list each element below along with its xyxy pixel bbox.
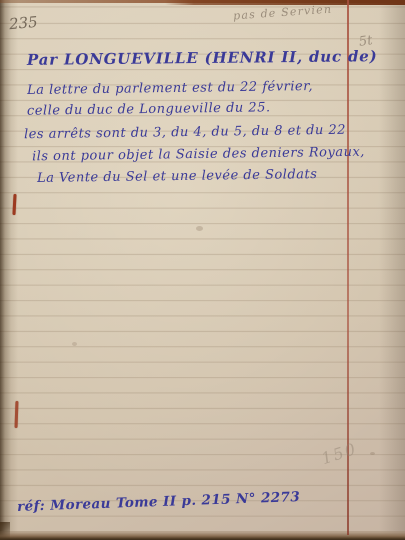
body-line-5: La Vente du Sel et une levée de Soldats [37,167,318,186]
top-edge-border-right [165,0,405,5]
paper-smudge [370,452,375,455]
body-line-1: La lettre du parlement est du 22 février… [27,79,313,98]
body-line-2: celle du duc de Longueville du 25. [27,100,271,118]
bottom-left-corner-shadow [0,522,10,540]
card-heading: Par LONGUEVILLE (HENRI II, duc de) [27,47,378,69]
reference-line: réf: Moreau Tome II p. 215 N° 2273 [17,489,301,515]
paper-smudge [196,226,203,231]
bottom-edge-border [0,531,405,540]
handwritten-catalog-card: 235 pas de Servien 5t 150 Par LONGUEVILL… [0,0,405,540]
pencil-note-top-right: pas de Servien [233,3,333,23]
paper-smudge [72,342,77,346]
card-number: 235 [8,13,38,33]
body-line-3: les arrêts sont du 3, du 4, du 5, du 8 e… [24,123,346,142]
red-ink-mark-upper [12,194,16,215]
body-line-4: ils ont pour objet la Saisie des deniers… [32,145,365,165]
red-ink-mark-lower [15,401,19,428]
pencil-note-bottom-right: 150 [319,439,360,468]
